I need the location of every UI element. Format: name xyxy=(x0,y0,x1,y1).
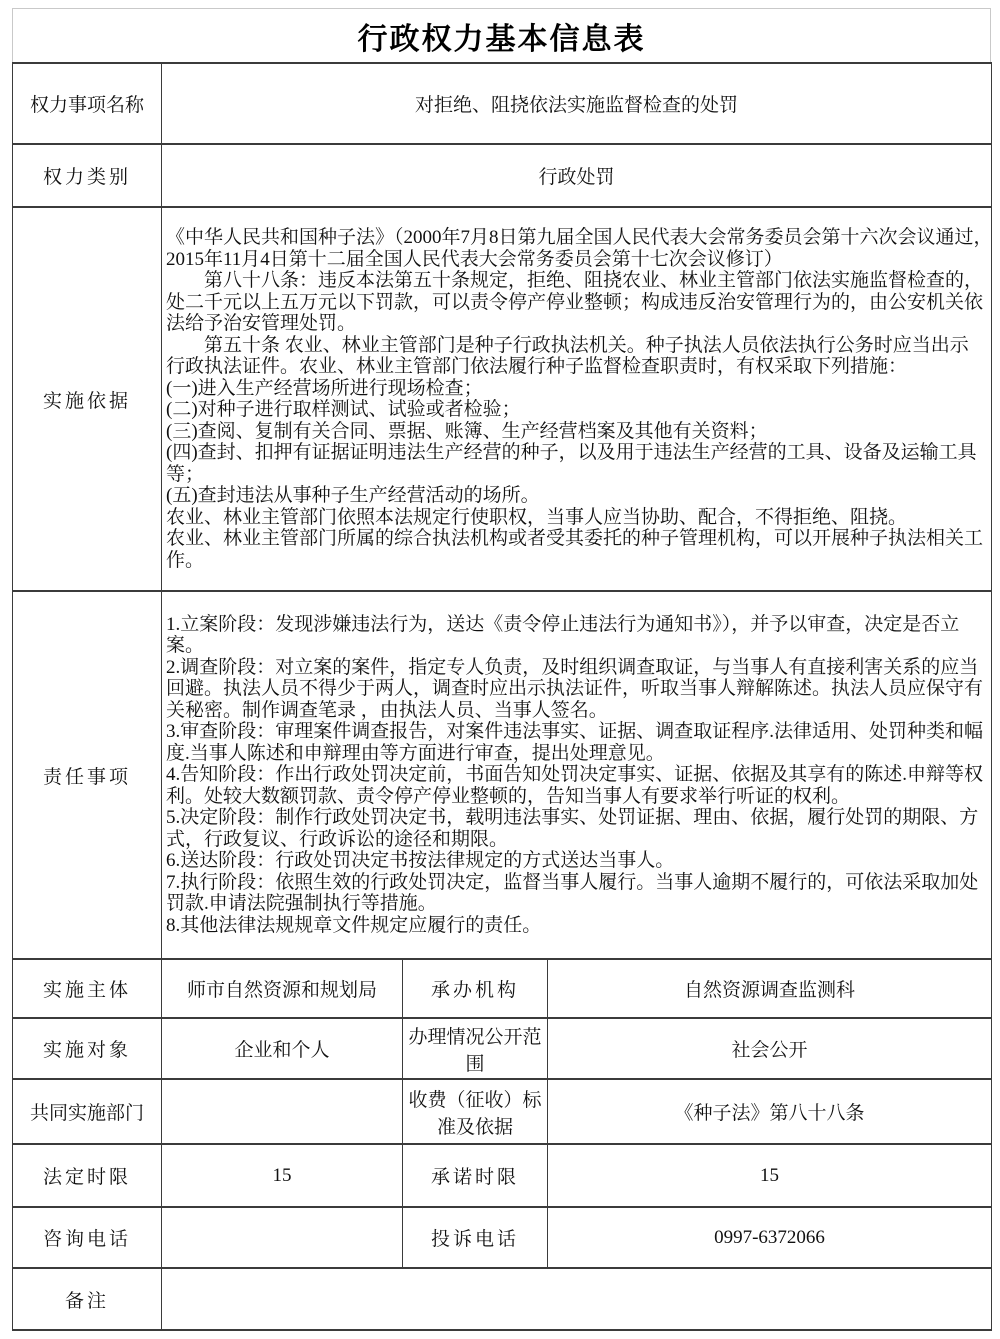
row-target-publicity: 实施对象 企业和个人 办理情况公开范围 社会公开 xyxy=(13,1018,992,1079)
paragraph: 5.决定阶段：制作行政处罚决定书，载明违法事实、处罚证据、理由、依据，履行处罚的… xyxy=(166,807,987,850)
paragraph: 农业、林业主管部门所属的综合执法机构或者受其委托的种子管理机构，可以开展种子执法… xyxy=(166,528,987,571)
paragraph: 6.送达阶段：行政处罚决定书按法律规定的方式送达当事人。 xyxy=(166,850,987,872)
duty-paragraphs: 1.立案阶段：发现涉嫌违法行为，送达《责令停止违法行为通知书》），并予以审查，决… xyxy=(166,614,987,937)
label-duty: 责任事项 xyxy=(13,591,162,959)
paragraph: 3.审查阶段：审理案件调查报告，对案件违法事实、证据、调查取证程序.法律适用、处… xyxy=(166,721,987,764)
value-legal-limit: 15 xyxy=(162,1144,403,1207)
paragraph: 4.告知阶段：作出行政处罚决定前，书面告知处罚决定事实、证据、依据及其享有的陈述… xyxy=(166,764,987,807)
paragraph: 7.执行阶段：依照生效的行政处罚决定，监督当事人履行。当事人逾期不履行的，可依法… xyxy=(166,872,987,915)
row-remark: 备注 xyxy=(13,1268,992,1330)
label-publicity: 办理情况公开范围 xyxy=(403,1018,548,1079)
row-subject-agency: 实施主体 师市自然资源和规划局 承办机构 自然资源调查监测科 xyxy=(13,959,992,1018)
basis-paragraphs: 《中华人民共和国种子法》（2000年7月8日第九届全国人民代表大会常务委员会第十… xyxy=(166,227,987,571)
label-consult-phone: 咨询电话 xyxy=(13,1207,162,1268)
row-phones: 咨询电话 投诉电话 0997-6372066 xyxy=(13,1207,992,1268)
paragraph: (五)查封违法从事种子生产经营活动的场所。 xyxy=(166,485,987,507)
value-target: 企业和个人 xyxy=(162,1018,403,1079)
value-promised-limit: 15 xyxy=(548,1144,992,1207)
label-target: 实施对象 xyxy=(13,1018,162,1079)
paragraph: 《中华人民共和国种子法》（2000年7月8日第九届全国人民代表大会常务委员会第十… xyxy=(166,227,987,270)
label-category: 权力类别 xyxy=(13,144,162,207)
value-complaint-phone: 0997-6372066 xyxy=(548,1207,992,1268)
paragraph: 8.其他法律法规规章文件规定应履行的责任。 xyxy=(166,915,987,937)
page-title: 行政权力基本信息表 xyxy=(358,14,646,58)
value-joint-dept xyxy=(162,1079,403,1144)
title-block: 行政权力基本信息表 xyxy=(12,8,991,62)
value-remark xyxy=(162,1268,992,1330)
paragraph: (三)查阅、复制有关合同、票据、账簿、生产经营档案及其他有关资料； xyxy=(166,421,987,443)
paragraph: 第八十八条：违反本法第五十条规定，拒绝、阻挠农业、林业主管部门依法实施监督检查的… xyxy=(166,270,987,335)
label-fee: 收费（征收）标准及依据 xyxy=(403,1079,548,1144)
document-page: 行政权力基本信息表 权力事项名称 对拒绝、阻挠依法实施监督检查的处罚 权力类别 … xyxy=(0,0,1000,1339)
value-subject: 师市自然资源和规划局 xyxy=(162,959,403,1018)
paragraph: 1.立案阶段：发现涉嫌违法行为，送达《责令停止违法行为通知书》），并予以审查，决… xyxy=(166,614,987,657)
row-time-limits: 法定时限 15 承诺时限 15 xyxy=(13,1144,992,1207)
info-table: 权力事项名称 对拒绝、阻挠依法实施监督检查的处罚 权力类别 行政处罚 实施依据 … xyxy=(12,62,992,1331)
value-duty: 1.立案阶段：发现涉嫌违法行为，送达《责令停止违法行为通知书》），并予以审查，决… xyxy=(162,591,992,959)
label-legal-limit: 法定时限 xyxy=(13,1144,162,1207)
row-item-name: 权力事项名称 对拒绝、阻挠依法实施监督检查的处罚 xyxy=(13,63,992,144)
row-joint-fee: 共同实施部门 收费（征收）标准及依据 《种子法》第八十八条 xyxy=(13,1079,992,1144)
paragraph: 第五十条 农业、林业主管部门是种子行政执法机关。种子执法人员依法执行公务时应当出… xyxy=(166,335,987,378)
paragraph: 2.调查阶段：对立案的案件，指定专人负责，及时组织调查取证，与当事人有直接利害关… xyxy=(166,657,987,722)
label-agency: 承办机构 xyxy=(403,959,548,1018)
value-publicity: 社会公开 xyxy=(548,1018,992,1079)
label-joint-dept: 共同实施部门 xyxy=(13,1079,162,1144)
value-fee: 《种子法》第八十八条 xyxy=(548,1079,992,1144)
label-promised-limit: 承诺时限 xyxy=(403,1144,548,1207)
paragraph: (二)对种子进行取样测试、试验或者检验； xyxy=(166,399,987,421)
value-consult-phone xyxy=(162,1207,403,1268)
label-basis: 实施依据 xyxy=(13,207,162,591)
paragraph: (四)查封、扣押有证据证明违法生产经营的种子，以及用于违法生产经营的工具、设备及… xyxy=(166,442,987,485)
paragraph: 农业、林业主管部门依照本法规定行使职权，当事人应当协助、配合，不得拒绝、阻挠。 xyxy=(166,507,987,529)
label-subject: 实施主体 xyxy=(13,959,162,1018)
row-category: 权力类别 行政处罚 xyxy=(13,144,992,207)
value-basis: 《中华人民共和国种子法》（2000年7月8日第九届全国人民代表大会常务委员会第十… xyxy=(162,207,992,591)
value-agency: 自然资源调查监测科 xyxy=(548,959,992,1018)
label-complaint-phone: 投诉电话 xyxy=(403,1207,548,1268)
label-item-name: 权力事项名称 xyxy=(13,63,162,144)
value-item-name: 对拒绝、阻挠依法实施监督检查的处罚 xyxy=(162,63,992,144)
row-basis: 实施依据 《中华人民共和国种子法》（2000年7月8日第九届全国人民代表大会常务… xyxy=(13,207,992,591)
value-category: 行政处罚 xyxy=(162,144,992,207)
label-remark: 备注 xyxy=(13,1268,162,1330)
paragraph: (一)进入生产经营场所进行现场检查； xyxy=(166,378,987,400)
row-duty: 责任事项 1.立案阶段：发现涉嫌违法行为，送达《责令停止违法行为通知书》），并予… xyxy=(13,591,992,959)
